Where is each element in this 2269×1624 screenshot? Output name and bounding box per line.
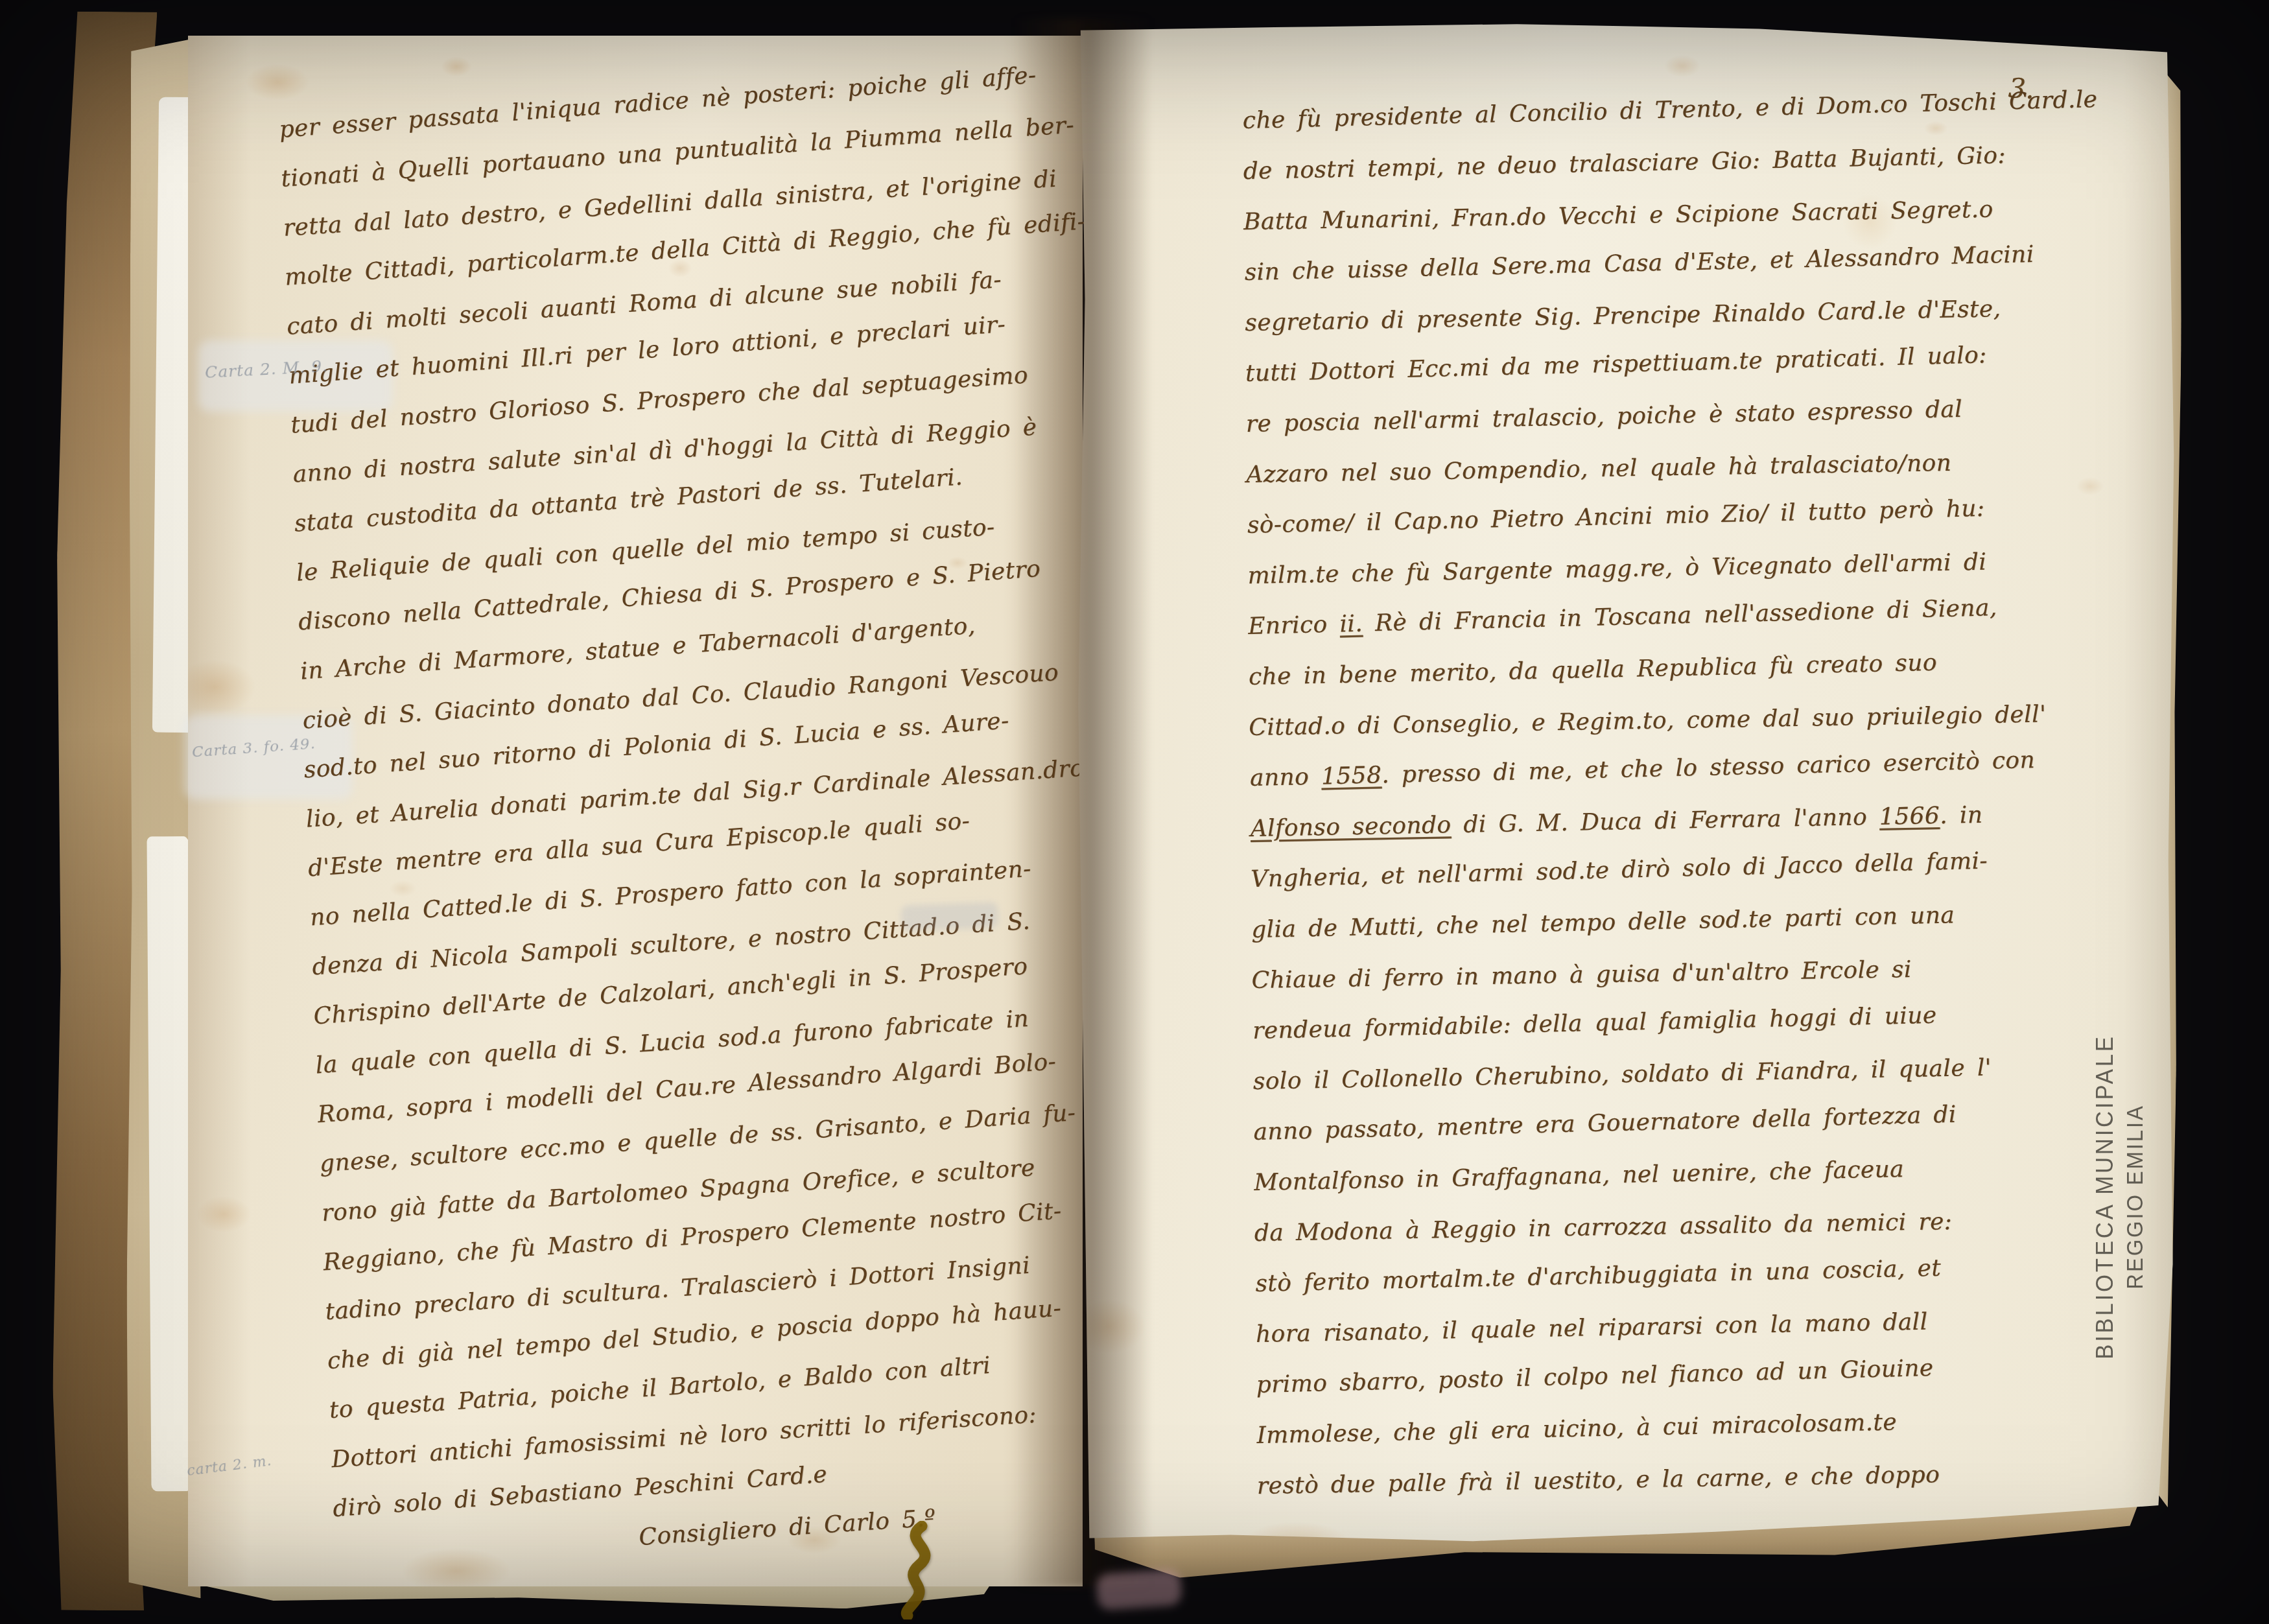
library-stamp-line2: REGGIO EMILIA xyxy=(2122,1014,2148,1380)
pencil-note: carta 2. m. xyxy=(186,1453,273,1479)
manuscript-photo: per esser passata l'iniqua radice nè pos… xyxy=(0,0,2269,1624)
pencil-smudge xyxy=(900,902,998,931)
library-stamp: BIBLIOTECA MUNICIPALE REGGIO EMILIA xyxy=(2091,1002,2164,1391)
right-page: 3. che fù presidente al Concilio di Tren… xyxy=(1076,19,2178,1575)
library-stamp-line1: BIBLIOTECA MUNICIPALE xyxy=(2091,1014,2119,1380)
right-page-text: che fù presidente al Concilio di Trento,… xyxy=(1242,78,2126,1511)
ink-squiggle xyxy=(887,1521,946,1619)
pink-ribbon-tab xyxy=(1096,1569,1182,1611)
left-page: per esser passata l'iniqua radice nè pos… xyxy=(188,36,1083,1586)
left-page-text: per esser passata l'iniqua radice nè pos… xyxy=(277,51,1175,1580)
